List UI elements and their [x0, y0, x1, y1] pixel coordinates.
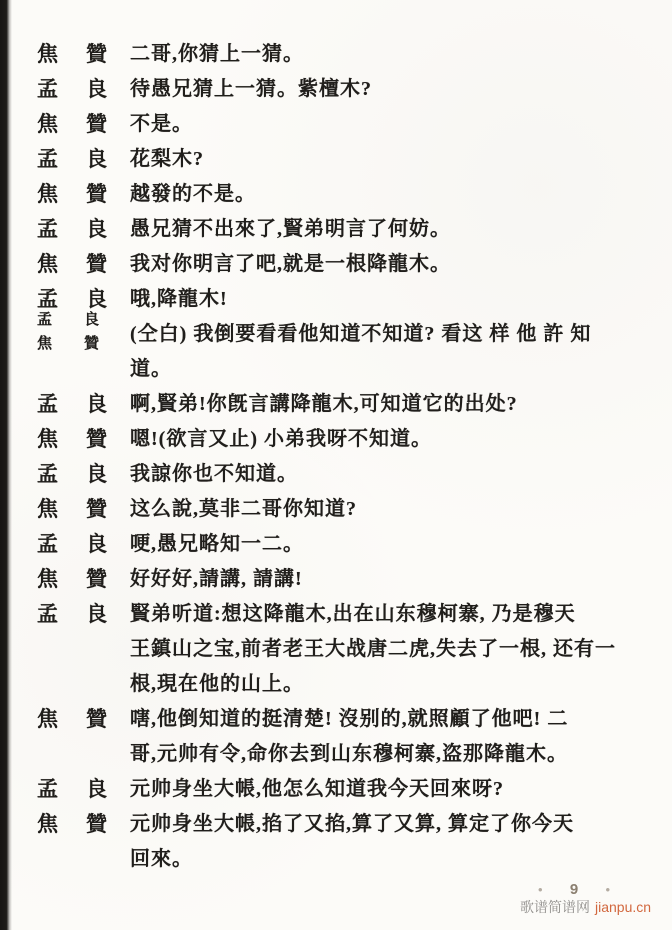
speaker-name-char: 孟: [37, 597, 58, 632]
speaker-box: 孟良: [37, 527, 107, 562]
speaker-box: 焦贊: [37, 177, 107, 212]
speaker-box: 孟良焦贊: [37, 308, 107, 356]
dialogue-text: 二哥,你猜上一猜。: [130, 37, 652, 72]
speaker-name: 孟良: [37, 142, 107, 177]
dialogue-entry: 焦贊 嗐,他倒知道的挺清楚! 沒别的,就照顧了他吧! 二 哥,元帅有令,命你去到…: [37, 702, 652, 772]
page-number-dot-left: •: [538, 882, 543, 898]
speaker-box: 孟良: [37, 387, 107, 422]
speaker-name-char: 孟: [37, 457, 58, 492]
dialogue-text: 待愚兄猜上一猜。紫檀木?: [130, 72, 652, 107]
speaker-name-char: 焦: [37, 332, 52, 356]
speaker-name-char: 贊: [86, 702, 107, 737]
speaker-name-char: 良: [86, 387, 107, 422]
dialogue-text: 不是。: [130, 107, 652, 142]
dialogue-text: (仝白) 我倒要看看他知道不知道? 看这 样 他 許 知 道。: [130, 317, 652, 387]
dialogue-entry: 孟良 賢弟听道:想这降龍木,出在山东穆柯寨, 乃是穆天 王鎮山之宝,前者老王大战…: [37, 597, 652, 702]
speaker-name: 孟良: [37, 212, 107, 247]
speaker-box: 孟良: [37, 457, 107, 492]
speaker-name-char: 贊: [86, 37, 107, 72]
speaker-name-char: 焦: [37, 422, 58, 457]
speaker-name: 焦贊: [37, 562, 107, 597]
dialogue-text: 哽,愚兄略知一二。: [130, 527, 652, 562]
speaker-name-char: 贊: [86, 247, 107, 282]
dialogue-entry: 孟良焦贊 (仝白) 我倒要看看他知道不知道? 看这 样 他 許 知 道。: [37, 317, 652, 387]
dialogue-text: 我对你明言了吧,就是一根降龍木。: [130, 247, 652, 282]
dialogue-entry: 焦贊 好好好,請講, 請講!: [37, 562, 652, 597]
speaker-name: 焦贊: [37, 702, 107, 737]
speaker-name-char: 焦: [37, 37, 58, 72]
speaker-name-char: 贊: [84, 332, 99, 356]
watermark-site-url: jianpu.cn: [595, 899, 651, 915]
dialogue-text: 啊,賢弟!你旣言講降龍木,可知道它的出处?: [130, 387, 652, 422]
speaker-box: 焦贊: [37, 702, 107, 737]
speaker-name-char: 孟: [37, 387, 58, 422]
speaker-name-char: 焦: [37, 562, 58, 597]
speaker-name-char: 贊: [86, 807, 107, 842]
dialogue-entry: 孟良 我諒你也不知道。: [37, 457, 652, 492]
speaker-name-char: 孟: [37, 308, 52, 332]
speaker-box: 孟良: [37, 72, 107, 107]
speaker-box: 焦贊: [37, 492, 107, 527]
dialogue-entry: 焦贊 元帅身坐大帳,掐了又掐,算了又算, 算定了你今天 回來。: [37, 807, 652, 877]
speaker-name: 孟良: [37, 308, 99, 332]
page-number-dot-right: •: [605, 882, 610, 898]
watermark: 歌谱简谱网jianpu.cn: [520, 898, 651, 916]
speaker-box: 孟良: [37, 597, 107, 632]
speaker-name: 焦贊: [37, 247, 107, 282]
dialogue-text: 愚兄猜不出來了,賢弟明言了何妨。: [130, 212, 652, 247]
speaker-name-char: 良: [86, 72, 107, 107]
speaker-name: 焦贊: [37, 107, 107, 142]
speaker-name: 孟良: [37, 72, 107, 107]
speaker-box: 焦贊: [37, 107, 107, 142]
speaker-box: 孟良: [37, 212, 107, 247]
dialogue-text: 花梨木?: [130, 142, 652, 177]
dialogue-text: 我諒你也不知道。: [130, 457, 652, 492]
speaker-name-char: 焦: [37, 107, 58, 142]
speaker-name: 焦贊: [37, 422, 107, 457]
speaker-box: 焦贊: [37, 37, 107, 72]
dialogue-entry: 孟良 哦,降龍木!: [37, 282, 652, 317]
page-edge-shadow: [0, 0, 12, 930]
speaker-name-char: 贊: [86, 107, 107, 142]
dialogue-text: 哦,降龍木!: [130, 282, 652, 317]
speaker-name-char: 焦: [37, 247, 58, 282]
speaker-name-char: 良: [86, 457, 107, 492]
speaker-name-char: 良: [86, 772, 107, 807]
speaker-box: 焦贊: [37, 247, 107, 282]
dialogue-entry: 孟良 啊,賢弟!你旣言講降龍木,可知道它的出处?: [37, 387, 652, 422]
speaker-name: 孟良: [37, 527, 107, 562]
speaker-box: 焦贊: [37, 562, 107, 597]
speaker-name: 焦贊: [37, 807, 107, 842]
watermark-site-name: 歌谱简谱网: [520, 899, 590, 915]
speaker-name: 焦贊: [37, 332, 99, 356]
speaker-name-char: 孟: [37, 142, 58, 177]
dialogue-text: 元帅身坐大帳,他怎么知道我今天回來呀?: [130, 772, 652, 807]
speaker-name-char: 良: [86, 597, 107, 632]
page-number: 9: [570, 882, 578, 898]
speaker-name-char: 孟: [37, 772, 58, 807]
speaker-name-char: 焦: [37, 492, 58, 527]
speaker-name-char: 孟: [37, 212, 58, 247]
speaker-name-char: 孟: [37, 527, 58, 562]
speaker-box: 焦贊: [37, 807, 107, 842]
speaker-name: 焦贊: [37, 177, 107, 212]
dialogue-text: 元帅身坐大帳,掐了又掐,算了又算, 算定了你今天 回來。: [130, 807, 652, 877]
dialogue-entry: 孟良 待愚兄猜上一猜。紫檀木?: [37, 72, 652, 107]
speaker-name: 孟良: [37, 772, 107, 807]
speaker-name-char: 焦: [37, 702, 58, 737]
speaker-name-char: 焦: [37, 177, 58, 212]
page-number-row: • 9 •: [538, 882, 610, 898]
speaker-name-char: 良: [86, 212, 107, 247]
dialogue-text: 嗐,他倒知道的挺清楚! 沒别的,就照顧了他吧! 二 哥,元帅有令,命你去到山东穆…: [130, 702, 652, 772]
speaker-name: 焦贊: [37, 37, 107, 72]
dialogue-text: 好好好,請講, 請講!: [130, 562, 652, 597]
speaker-name-char: 良: [86, 142, 107, 177]
dialogue-entry: 焦贊 这么說,莫非二哥你知道?: [37, 492, 652, 527]
speaker-name: 孟良: [37, 597, 107, 632]
dialogue-list: 焦贊 二哥,你猜上一猜。 孟良 待愚兄猜上一猜。紫檀木? 焦贊 不是。 孟良 花…: [37, 37, 652, 877]
dialogue-text: 賢弟听道:想这降龍木,出在山东穆柯寨, 乃是穆天 王鎮山之宝,前者老王大战唐二虎…: [130, 597, 652, 702]
speaker-name-char: 贊: [86, 422, 107, 457]
speaker-box: 孟良: [37, 772, 107, 807]
speaker-name-char: 贊: [86, 492, 107, 527]
dialogue-entry: 焦贊 不是。: [37, 107, 652, 142]
dialogue-text: 这么說,莫非二哥你知道?: [130, 492, 652, 527]
dialogue-text: 嗯!(欲言又止) 小弟我呀不知道。: [130, 422, 652, 457]
dialogue-entry: 焦贊 越發的不是。: [37, 177, 652, 212]
speaker-name-char: 良: [84, 308, 99, 332]
speaker-box: 焦贊: [37, 422, 107, 457]
speaker-name-char: 良: [86, 527, 107, 562]
dialogue-entry: 焦贊 二哥,你猜上一猜。: [37, 37, 652, 72]
dialogue-entry: 孟良 哽,愚兄略知一二。: [37, 527, 652, 562]
dialogue-entry: 焦贊 我对你明言了吧,就是一根降龍木。: [37, 247, 652, 282]
dialogue-entry: 孟良 花梨木?: [37, 142, 652, 177]
speaker-name: 孟良: [37, 387, 107, 422]
dialogue-entry: 焦贊 嗯!(欲言又止) 小弟我呀不知道。: [37, 422, 652, 457]
speaker-name: 焦贊: [37, 492, 107, 527]
speaker-name-char: 贊: [86, 177, 107, 212]
script-page: 焦贊 二哥,你猜上一猜。 孟良 待愚兄猜上一猜。紫檀木? 焦贊 不是。 孟良 花…: [0, 0, 672, 930]
speaker-name-char: 焦: [37, 807, 58, 842]
speaker-name-char: 贊: [86, 562, 107, 597]
speaker-name-char: 孟: [37, 72, 58, 107]
speaker-name: 孟良: [37, 457, 107, 492]
speaker-box: 孟良: [37, 142, 107, 177]
dialogue-entry: 孟良 元帅身坐大帳,他怎么知道我今天回來呀?: [37, 772, 652, 807]
dialogue-entry: 孟良 愚兄猜不出來了,賢弟明言了何妨。: [37, 212, 652, 247]
dialogue-text: 越發的不是。: [130, 177, 652, 212]
